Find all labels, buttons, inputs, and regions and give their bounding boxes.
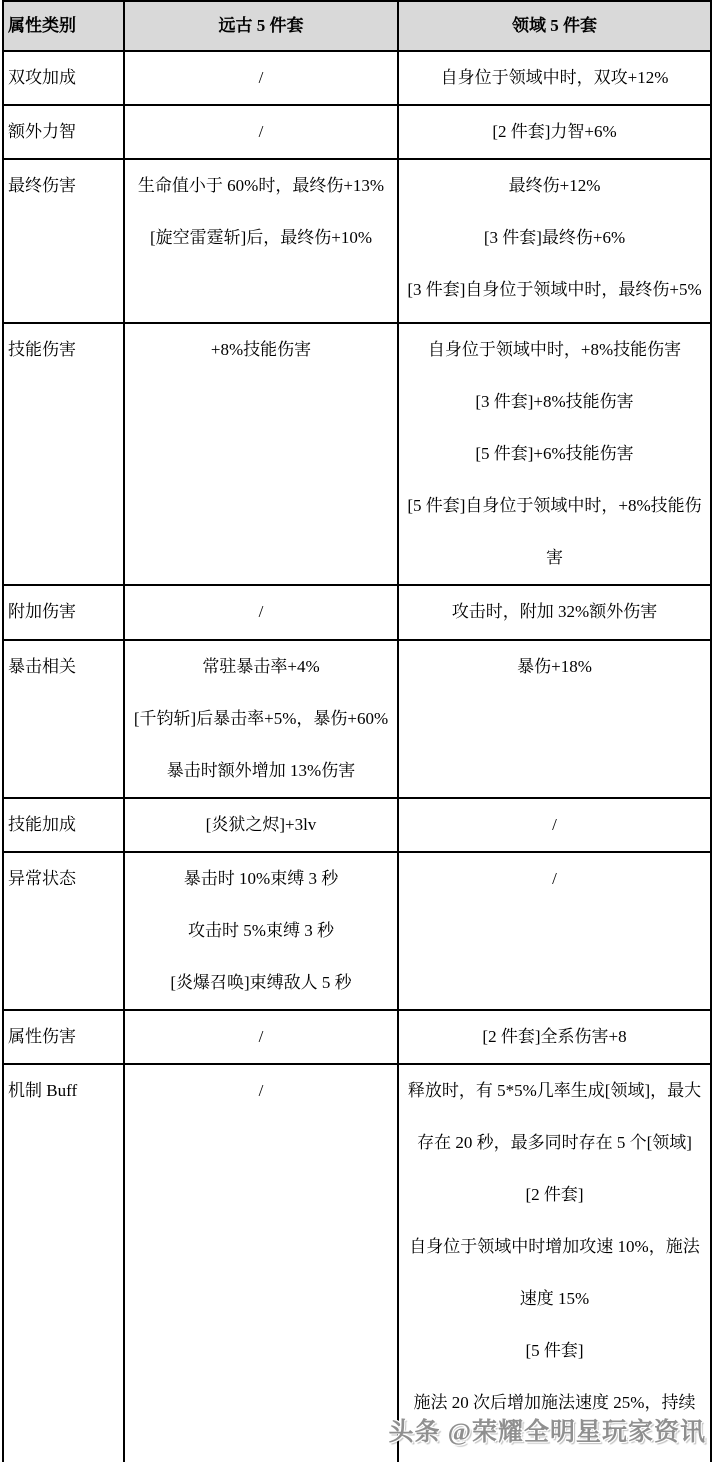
table-row-abnormal-status: 异常状态 暴击时 10%束缚 3 秒 攻击时 5%束缚 3 秒 [炎爆召唤]束缚… — [3, 852, 711, 1010]
ancient-set-cell: / — [124, 1010, 398, 1064]
row-category: 最终伤害 — [3, 159, 124, 323]
ancient-set-cell: / — [124, 585, 398, 640]
table-row-crit-related: 暴击相关 常驻暴击率+4% [千钧斩]后暴击率+5%，暴伤+60% 暴击时额外增… — [3, 640, 711, 798]
row-category: 附加伤害 — [3, 585, 124, 640]
domain-set-cell: 自身位于领域中时，+8%技能伤害 [3 件套]+8%技能伤害 [5 件套]+6%… — [398, 323, 711, 585]
row-category: 异常状态 — [3, 852, 124, 1010]
row-category: 暴击相关 — [3, 640, 124, 798]
row-category: 双攻加成 — [3, 51, 124, 105]
domain-set-cell: / — [398, 798, 711, 852]
row-category: 机制 Buff — [3, 1064, 124, 1462]
table-row-additional-damage: 附加伤害 / 攻击时，附加 32%额外伤害 — [3, 585, 711, 640]
ancient-set-cell: 暴击时 10%束缚 3 秒 攻击时 5%束缚 3 秒 [炎爆召唤]束缚敌人 5 … — [124, 852, 398, 1010]
row-category: 额外力智 — [3, 105, 124, 159]
table-row-skill-bonus: 技能加成 [炎狱之烬]+3lv / — [3, 798, 711, 852]
row-category: 属性伤害 — [3, 1010, 124, 1064]
table-row-final-damage: 最终伤害 生命值小于 60%时，最终伤+13% [旋空雷霆斩]后，最终伤+10%… — [3, 159, 711, 323]
ancient-set-cell: 常驻暴击率+4% [千钧斩]后暴击率+5%，暴伤+60% 暴击时额外增加 13%… — [124, 640, 398, 798]
set-comparison-table: 属性类别 远古 5 件套 领域 5 件套 双攻加成 / 自身位于领域中时，双攻+… — [2, 0, 712, 1462]
table-row-dual-attack: 双攻加成 / 自身位于领域中时，双攻+12% — [3, 51, 711, 105]
domain-set-cell: 自身位于领域中时，双攻+12% — [398, 51, 711, 105]
domain-set-cell: 攻击时，附加 32%额外伤害 — [398, 585, 711, 640]
header-row: 属性类别 远古 5 件套 领域 5 件套 — [3, 1, 711, 51]
ancient-set-cell: [炎狱之烬]+3lv — [124, 798, 398, 852]
header-domain-set: 领域 5 件套 — [398, 1, 711, 51]
ancient-set-cell: / — [124, 105, 398, 159]
domain-set-cell: 暴伤+18% — [398, 640, 711, 798]
domain-set-cell: [2 件套]全系伤害+8 — [398, 1010, 711, 1064]
table-row-element-damage: 属性伤害 / [2 件套]全系伤害+8 — [3, 1010, 711, 1064]
ancient-set-cell: +8%技能伤害 — [124, 323, 398, 585]
domain-set-cell: 释放时，有 5*5%几率生成[领域]，最大存在 20 秒，最多同时存在 5 个[… — [398, 1064, 711, 1462]
domain-set-cell: [2 件套]力智+6% — [398, 105, 711, 159]
domain-set-cell: 最终伤+12% [3 件套]最终伤+6% [3 件套]自身位于领域中时，最终伤+… — [398, 159, 711, 323]
table-row-extra-str-int: 额外力智 / [2 件套]力智+6% — [3, 105, 711, 159]
ancient-set-cell: / — [124, 51, 398, 105]
row-category: 技能伤害 — [3, 323, 124, 585]
domain-set-cell: / — [398, 852, 711, 1010]
header-category: 属性类别 — [3, 1, 124, 51]
row-category: 技能加成 — [3, 798, 124, 852]
table-row-skill-damage: 技能伤害 +8%技能伤害 自身位于领域中时，+8%技能伤害 [3 件套]+8%技… — [3, 323, 711, 585]
table-header: 属性类别 远古 5 件套 领域 5 件套 — [3, 1, 711, 51]
header-ancient-set: 远古 5 件套 — [124, 1, 398, 51]
ancient-set-cell: 生命值小于 60%时，最终伤+13% [旋空雷霆斩]后，最终伤+10% — [124, 159, 398, 323]
table-row-mechanic-buff: 机制 Buff / 释放时，有 5*5%几率生成[领域]，最大存在 20 秒，最… — [3, 1064, 711, 1462]
ancient-set-cell: / — [124, 1064, 398, 1462]
